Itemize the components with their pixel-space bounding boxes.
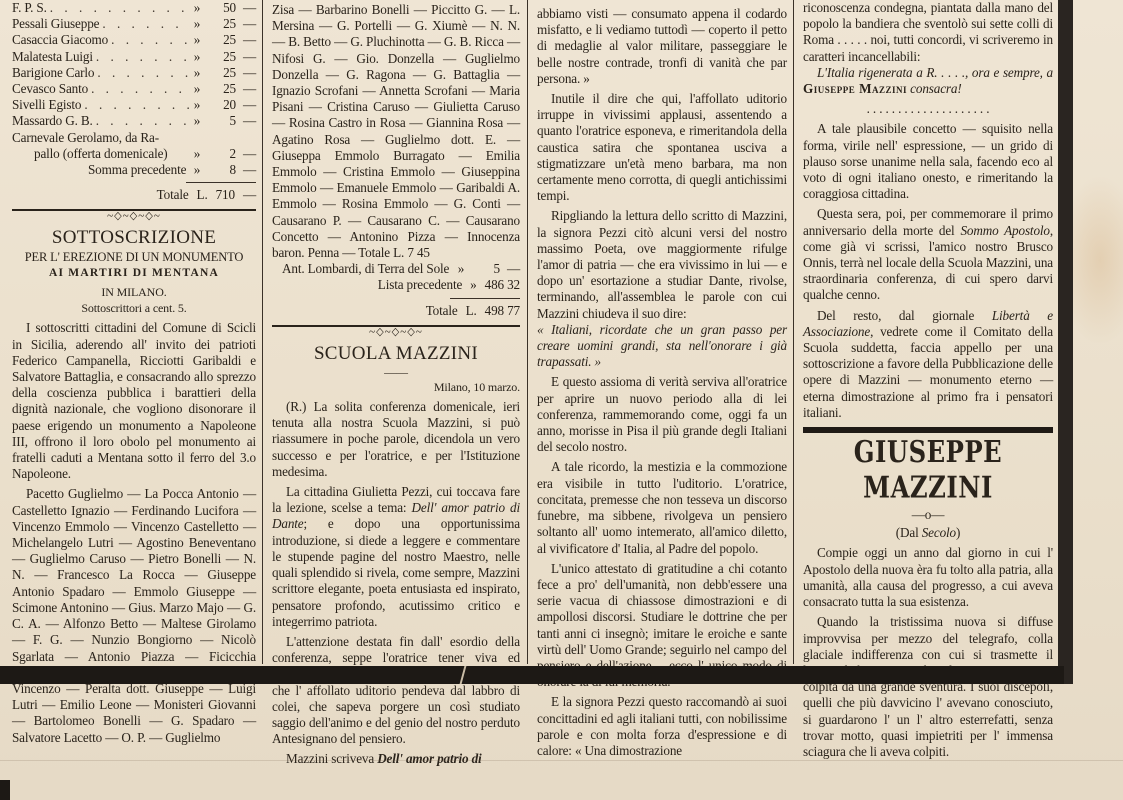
lombardi-row: Ant. Lombardi, di Terra del Sole»5—	[272, 261, 520, 277]
paper-fold	[0, 760, 1123, 761]
paragraph: (R.) La solita conferenza domenicale, ie…	[272, 399, 520, 480]
paragraph: A tale plausibile concetto — squisito ne…	[803, 121, 1053, 202]
subscription-row: Cevasco Santo. . . . . . . . . .»25—	[12, 81, 256, 97]
short-divider: ——	[272, 365, 520, 379]
paragraph: Del resto, dal giornale Libertà e Associ…	[803, 308, 1053, 421]
subscription-row: Massardo G. B.. . . . . . . . . .»5—	[12, 113, 256, 129]
column-rule	[527, 0, 528, 664]
paragraph: I sottoscritti cittadini del Comune di S…	[12, 320, 256, 482]
section-subtitle-bold: AI MARTIRI DI MENTANA	[12, 265, 256, 281]
subscription-row: Pessali Giuseppe. . . . . . . . . .»25—	[12, 16, 256, 32]
column-3: abbiamo visti — consumato appena il coda…	[537, 6, 787, 670]
mourning-border-bottom	[0, 666, 1064, 684]
column-2: Zisa — Barbarino Bonelli — Piccitto G. —…	[272, 2, 520, 666]
paragraph: abbiamo visti — consumato appena il coda…	[537, 6, 787, 87]
paragraph: La cittadina Giulietta Pezzi, cui toccav…	[272, 484, 520, 630]
total-row: TotaleL.710—	[12, 187, 256, 203]
paragraph: A tale ricordo, la mestizia e la commozi…	[537, 459, 787, 556]
subscription-row: pallo (offerta domenicale)»2—	[12, 146, 256, 162]
column-1: F. P. S.. . . . . . . . . .»50— Pessali …	[12, 0, 256, 664]
column-4: riconoscenza condegna, piantata dalla ma…	[803, 0, 1053, 664]
section-note: Sottoscrittori a cent. 5.	[12, 300, 256, 316]
subscription-row: Barigione Carlo. . . . . . . . . .»25—	[12, 65, 256, 81]
subscription-row: Sivelli Egisto. . . . . . . . . .»20—	[12, 97, 256, 113]
subscription-list: F. P. S.. . . . . . . . . .»50— Pessali …	[12, 0, 256, 203]
dotted-separator: . . . . . . . . . . . . . . . . . . . .	[803, 101, 1053, 117]
article-separator: —o—	[803, 507, 1053, 523]
subscription-row: F. P. S.. . . . . . . . . .»50—	[12, 0, 256, 16]
section-place: IN MILANO.	[12, 284, 256, 300]
paragraph: E la signora Pezzi questo raccomandò ai …	[537, 694, 787, 759]
section-title: SOTTOSCRIZIONE	[12, 227, 256, 249]
paragraph: L'attenzione destata fin dall' esordio d…	[272, 634, 520, 747]
paragraph: Quando la tristissima nuova si diffuse i…	[803, 614, 1053, 760]
paragraph-names: Pacetto Guglielmo — La Pocca Antonio — C…	[12, 486, 256, 745]
article-title: GIUSEPPE MAZZINI	[803, 436, 1053, 506]
section-title: SCUOLA MAZZINI	[272, 343, 520, 365]
column-rule	[793, 0, 794, 664]
mourning-border-right	[1058, 0, 1073, 684]
section-divider-bar	[803, 427, 1053, 433]
dedication-quote: L'Italia rigenerata a R. . . . ., ora e …	[803, 65, 1053, 97]
subscription-row: Casaccia Giacomo. . . . . . . . . .»25—	[12, 32, 256, 48]
lista-precedente-row: Lista precedente»486 32	[272, 277, 520, 293]
column-rule	[262, 0, 263, 664]
article-source: (Dal Secolo)	[803, 525, 1053, 541]
ornamental-divider: ~◇~◇~◇~	[12, 209, 256, 221]
sum-divider	[450, 298, 520, 299]
paragraph: riconoscenza condegna, piantata dalla ma…	[803, 0, 1053, 65]
paragraph: E questo assioma di verità serviva all'o…	[537, 374, 787, 455]
subscription-row: Malatesta Luigi. . . . . . . . . .»25—	[12, 49, 256, 65]
paragraph: Compie oggi un anno dal giorno in cui l'…	[803, 545, 1053, 610]
dateline: Milano, 10 marzo.	[272, 379, 520, 395]
paragraph: Inutile il dire che qui, l'affollato udi…	[537, 91, 787, 204]
paragraph: Questa sera, poi, per commemorare il pri…	[803, 206, 1053, 303]
subscription-row-carnevale: Carnevale Gerolamo, da Ra-	[12, 130, 256, 146]
section-subtitle: PER L' EREZIONE DI UN MONUMENTO	[12, 249, 256, 265]
sum-divider	[186, 182, 256, 183]
scan-edge	[0, 780, 10, 800]
total-row: TotaleL.498 77	[272, 303, 520, 319]
somma-precedente-row: Somma precedente»8—	[12, 162, 256, 178]
paragraph: Ripgliando la lettura dello scritto di M…	[537, 208, 787, 321]
mazzini-quote: « Italiani, ricordate che un gran passo …	[537, 322, 787, 371]
ornamental-divider: ~◇~◇~◇~	[272, 325, 520, 337]
paragraph-names: Zisa — Barbarino Bonelli — Piccitto G. —…	[272, 2, 520, 261]
